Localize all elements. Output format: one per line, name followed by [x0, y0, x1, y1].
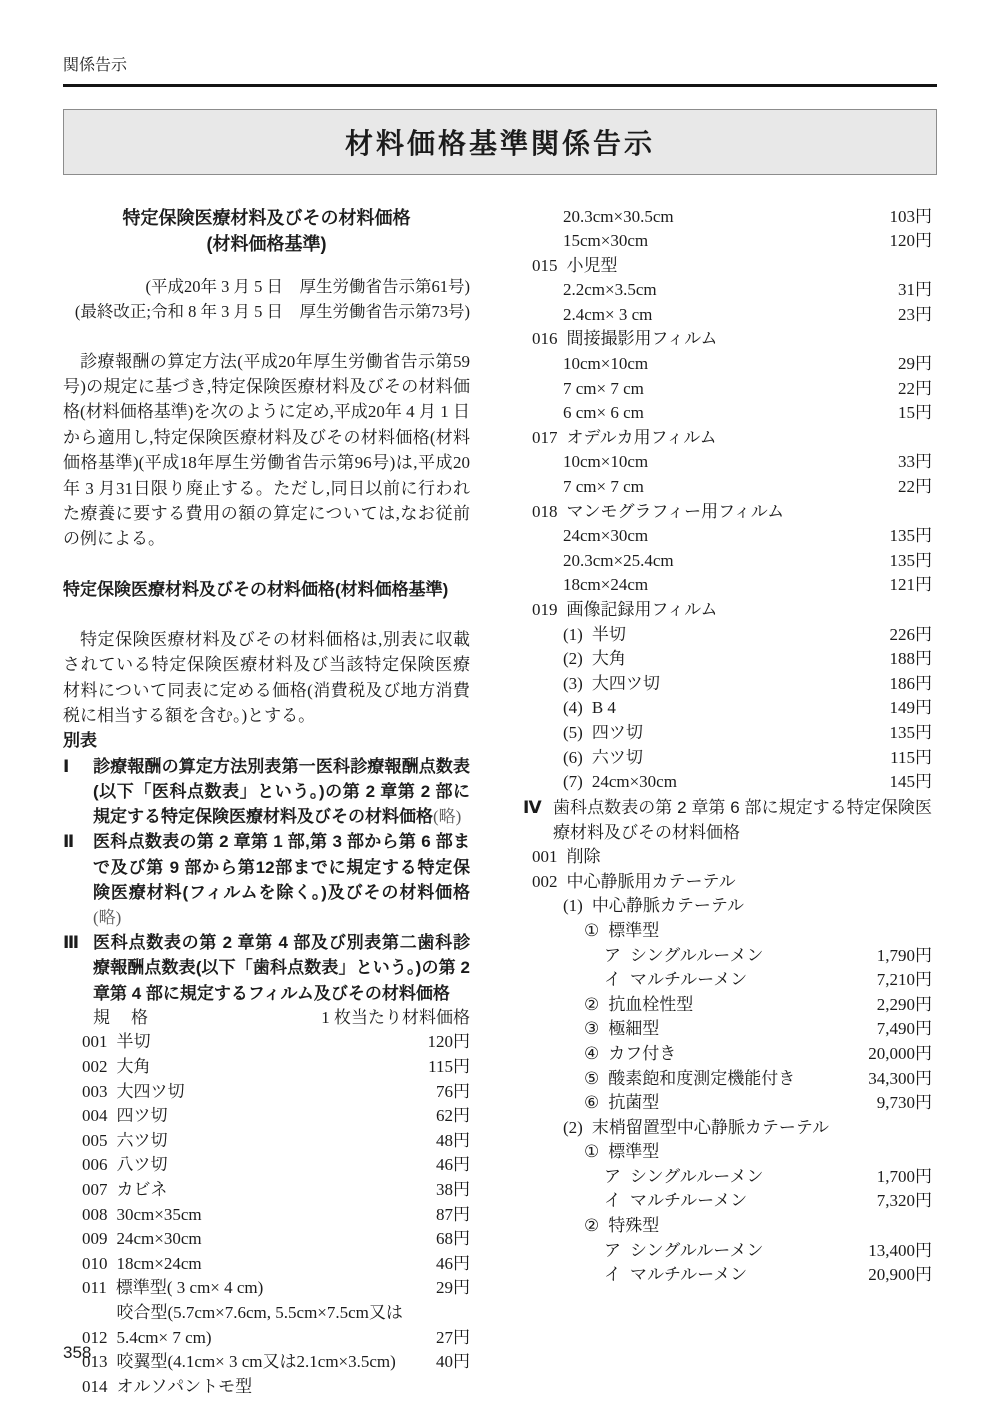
table-row: (2) 大角 188円 [532, 647, 932, 672]
film-price-table-continued: 20.3cm×30.5cm 103円 15cm×30cm 120円 015 小児… [523, 205, 932, 795]
row-number: (1) [563, 894, 583, 919]
row-price: 1,700円 [877, 1165, 932, 1190]
table-row: 10cm×10cm 29円 [532, 352, 932, 377]
row-price: 20,000円 [868, 1042, 932, 1067]
spec-column-header: 規 格 [93, 1006, 150, 1031]
section-heading: 特定保険医療材料及びその材料価格(材料価格基準) [63, 577, 470, 602]
table-row: 011 標準型( 3 cm× 4 cm) 29円 [82, 1276, 470, 1301]
table-row: 003 大四ツ切 76円 [82, 1080, 470, 1105]
row-price: 1,790円 [877, 944, 932, 969]
row-number: ② [584, 1214, 599, 1239]
table-row: 015 小児型 [532, 254, 932, 279]
row-price: 103円 [890, 205, 933, 230]
table-row: (6) 六ツ切 115円 [532, 746, 932, 771]
row-label: 小児型 [567, 254, 933, 279]
row-number: 003 [82, 1080, 108, 1105]
row-label: マルチルーメン [630, 968, 869, 993]
appendix-item: Ⅱ 医科点数表の第 2 章第 1 部,第 3 部から第 6 部まで及び第 9 部… [63, 829, 470, 930]
price-column-header: 1 枚当たり材料価格 [321, 1006, 470, 1031]
row-number: ① [584, 1140, 599, 1165]
table-row: 019 画像記録用フィルム [532, 598, 932, 623]
table-row: 017 オデルカ用フィルム [532, 426, 932, 451]
row-label: カフ付き [608, 1042, 860, 1067]
row-label: B 4 [592, 696, 882, 721]
table-row: 001 削除 [532, 845, 932, 870]
row-price: 34,300円 [868, 1067, 932, 1092]
row-label: 7 cm× 7 cm [563, 377, 890, 402]
table-row: 012 咬合型(5.7cm×7.6cm, 5.5cm×7.5cm又は5.4cm×… [82, 1301, 470, 1350]
appendix-item-text: 医科点数表の第 2 章第 4 部及び別表第二歯科診療報酬点数表(以下「歯科点数表… [93, 933, 470, 1002]
row-label: 10cm×10cm [563, 352, 890, 377]
row-number: ② [584, 993, 599, 1018]
row-label: 中心静脈用カテーテル [567, 870, 933, 895]
appendix-item-omitted-note: (略) [93, 908, 121, 927]
row-price: 40円 [436, 1350, 470, 1375]
row-number: ⑥ [584, 1091, 599, 1116]
running-head: 関係告示 [63, 56, 937, 76]
row-label: 六ツ切 [117, 1129, 429, 1154]
table-row: ③ 極細型 7,490円 [532, 1017, 932, 1042]
row-label: 24cm×30cm [592, 770, 882, 795]
row-label: 6 cm× 6 cm [563, 401, 890, 426]
row-label: 間接撮影用フィルム [567, 327, 933, 352]
row-number: 001 [532, 845, 558, 870]
row-price: 62円 [436, 1104, 470, 1129]
film-table-header: 規 格 1 枚当たり材料価格 [63, 1006, 470, 1031]
row-label: 30cm×35cm [117, 1203, 429, 1228]
table-row: 002 中心静脈用カテーテル [532, 870, 932, 895]
row-label: 標準型 [608, 919, 932, 944]
row-number: ④ [584, 1042, 599, 1067]
row-number: (4) [563, 696, 583, 721]
row-label: 八ツ切 [117, 1153, 429, 1178]
row-number: イ [604, 1189, 621, 1214]
notification-title: 特定保険医療材料及びその材料価格 (材料価格基準) [63, 205, 470, 257]
table-row: 010 18cm×24cm 46円 [82, 1252, 470, 1277]
appendix-item-text: 診療報酬の算定方法別表第一医科診療報酬点数表(以下「医科点数表」という。)の第 … [93, 757, 470, 826]
row-price: 13,400円 [868, 1239, 932, 1264]
appendix-item-numeral: Ⅰ [63, 754, 93, 830]
row-label: 18cm×24cm [117, 1252, 429, 1277]
left-column: 特定保険医療材料及びその材料価格 (材料価格基準) (平成20年 3 月 5 日… [63, 205, 470, 1400]
row-price: 22円 [898, 377, 932, 402]
appendix-item-text: 医科点数表の第 2 章第 1 部,第 3 部から第 6 部まで及び第 9 部から… [93, 832, 470, 901]
row-price: 9,730円 [877, 1091, 932, 1116]
row-price: 135円 [890, 721, 933, 746]
row-number: 004 [82, 1104, 108, 1129]
table-row: ア シングルルーメン 13,400円 [532, 1239, 932, 1264]
row-label: 半切 [117, 1030, 420, 1055]
table-row: ① 標準型 [532, 919, 932, 944]
table-row: 002 大角 115円 [82, 1055, 470, 1080]
row-label: 酸素飽和度測定機能付き [608, 1067, 860, 1092]
row-number: (5) [563, 721, 583, 746]
row-price: 115円 [890, 746, 932, 771]
promulgation-date: (平成20年 3 月 5 日 厚生労働省告示第61号) [63, 274, 470, 299]
row-price: 46円 [436, 1153, 470, 1178]
row-label: 7 cm× 7 cm [563, 475, 890, 500]
row-number: ⑤ [584, 1067, 599, 1092]
table-row: 20.3cm×30.5cm 103円 [532, 205, 932, 230]
row-label: オルソパントモ型 [117, 1375, 471, 1400]
row-price: 38円 [436, 1178, 470, 1203]
row-number: (7) [563, 770, 583, 795]
section-iv-heading: Ⅳ 歯科点数表の第 2 章第 6 部に規定する特定保険医療材料及びその材料価格 [523, 795, 932, 845]
row-number: ③ [584, 1017, 599, 1042]
row-label: 20.3cm×25.4cm [563, 549, 882, 574]
row-number: 009 [82, 1227, 108, 1252]
page-number: 358 [63, 1343, 91, 1363]
row-number: イ [604, 968, 621, 993]
row-price: 31円 [898, 278, 932, 303]
document-title-box: 材料価格基準関係告示 [63, 109, 937, 175]
row-number: 002 [82, 1055, 108, 1080]
table-row: 15cm×30cm 120円 [532, 229, 932, 254]
row-number: ① [584, 919, 599, 944]
table-row: (5) 四ツ切 135円 [532, 721, 932, 746]
row-label: 標準型( 3 cm× 4 cm) [116, 1276, 428, 1301]
row-number: 015 [532, 254, 558, 279]
right-column: 20.3cm×30.5cm 103円 15cm×30cm 120円 015 小児… [523, 205, 932, 1400]
page-content: 関係告示 材料価格基準関係告示 特定保険医療材料及びその材料価格 (材料価格基準… [63, 56, 937, 1399]
table-row: ② 抗血栓性型 2,290円 [532, 993, 932, 1018]
row-price: 29円 [436, 1276, 470, 1301]
table-row: 009 24cm×30cm 68円 [82, 1227, 470, 1252]
table-row: 006 八ツ切 46円 [82, 1153, 470, 1178]
row-label: 抗菌型 [608, 1091, 869, 1116]
row-number: 006 [82, 1153, 108, 1178]
row-label: 抗血栓性型 [608, 993, 869, 1018]
appendix-item: Ⅲ 医科点数表の第 2 章第 4 部及び別表第二歯科診療報酬点数表(以下「歯科点… [63, 930, 470, 1006]
row-number: イ [604, 1263, 621, 1288]
row-price: 2,290円 [877, 993, 932, 1018]
notification-title-line2: (材料価格基準) [63, 231, 470, 257]
table-row: (3) 大四ツ切 186円 [532, 672, 932, 697]
row-label: 四ツ切 [592, 721, 882, 746]
table-row: 008 30cm×35cm 87円 [82, 1203, 470, 1228]
table-row: (1) 半切 226円 [532, 623, 932, 648]
film-price-table: 001 半切 120円 002 大角 115円 003 大四ツ切 76円 004… [63, 1030, 470, 1399]
table-row: 7 cm× 7 cm 22円 [532, 475, 932, 500]
row-number: 018 [532, 500, 558, 525]
row-price: 121円 [890, 573, 933, 598]
row-price: 29円 [898, 352, 932, 377]
table-row: イ マルチルーメン 20,900円 [532, 1263, 932, 1288]
row-label: 六ツ切 [592, 746, 882, 771]
row-price: 120円 [890, 229, 933, 254]
row-price: 7,490円 [877, 1017, 932, 1042]
row-label: 10cm×10cm [563, 450, 890, 475]
table-row: ⑥ 抗菌型 9,730円 [532, 1091, 932, 1116]
row-number: 017 [532, 426, 558, 451]
row-label: 24cm×30cm [563, 524, 882, 549]
row-number: 019 [532, 598, 558, 623]
row-number: 011 [82, 1276, 107, 1301]
row-price: 7,320円 [877, 1189, 932, 1214]
row-label: シングルルーメン [630, 1165, 869, 1190]
row-price: 22円 [898, 475, 932, 500]
row-label: 大角 [117, 1055, 421, 1080]
running-head-label: 関係告示 [63, 57, 127, 74]
row-price: 120円 [428, 1030, 471, 1055]
table-row: イ マルチルーメン 7,320円 [532, 1189, 932, 1214]
table-row: 2.4cm× 3 cm 23円 [532, 303, 932, 328]
table-row: (2) 末梢留置型中心静脈カテーテル [532, 1116, 932, 1141]
table-row: 24cm×30cm 135円 [532, 524, 932, 549]
row-price: 135円 [890, 549, 933, 574]
row-label: 極細型 [608, 1017, 869, 1042]
row-label: マンモグラフィー用フィルム [567, 500, 933, 525]
row-number: (1) [563, 623, 583, 648]
row-price: 76円 [436, 1080, 470, 1105]
table-row: 005 六ツ切 48円 [82, 1129, 470, 1154]
row-label: 20.3cm×30.5cm [563, 205, 882, 230]
row-number: (2) [563, 647, 583, 672]
appendix-item: Ⅰ 診療報酬の算定方法別表第一医科診療報酬点数表(以下「医科点数表」という。)の… [63, 754, 470, 830]
row-label: マルチルーメン [630, 1263, 860, 1288]
table-row: ア シングルルーメン 1,700円 [532, 1165, 932, 1190]
row-label: 24cm×30cm [117, 1227, 429, 1252]
row-label: 画像記録用フィルム [567, 598, 933, 623]
row-price: 186円 [890, 672, 933, 697]
pricing-paragraph: 特定保険医療材料及びその材料価格は,別表に収載されている特定保険医療材料及び当該… [63, 627, 470, 729]
row-label: 特殊型 [608, 1214, 932, 1239]
row-number: (2) [563, 1116, 583, 1141]
row-number: 014 [82, 1375, 108, 1400]
row-label: 15cm×30cm [563, 229, 882, 254]
row-number: ア [604, 1165, 621, 1190]
two-column-body: 特定保険医療材料及びその材料価格 (材料価格基準) (平成20年 3 月 5 日… [63, 205, 937, 1400]
row-number: 008 [82, 1203, 108, 1228]
appendix-item-numeral: Ⅱ [63, 829, 93, 930]
table-row: 016 間接撮影用フィルム [532, 327, 932, 352]
table-row: (7) 24cm×30cm 145円 [532, 770, 932, 795]
row-price: 226円 [890, 623, 933, 648]
row-label: シングルルーメン [630, 1239, 860, 1264]
row-price: 20,900円 [868, 1263, 932, 1288]
row-price: 145円 [890, 770, 933, 795]
section-iv-numeral: Ⅳ [523, 795, 553, 845]
table-row: 7 cm× 7 cm 22円 [532, 377, 932, 402]
row-price: 68円 [436, 1227, 470, 1252]
row-number: 002 [532, 870, 558, 895]
table-row: ア シングルルーメン 1,790円 [532, 944, 932, 969]
notification-title-line1: 特定保険医療材料及びその材料価格 [63, 205, 470, 231]
row-number: ア [604, 1239, 621, 1264]
table-row: ④ カフ付き 20,000円 [532, 1042, 932, 1067]
row-price: 48円 [436, 1129, 470, 1154]
row-price: 7,210円 [877, 968, 932, 993]
row-price: 46円 [436, 1252, 470, 1277]
row-label: 標準型 [608, 1140, 932, 1165]
header-rule [63, 84, 937, 87]
table-row: 004 四ツ切 62円 [82, 1104, 470, 1129]
row-number: 010 [82, 1252, 108, 1277]
appendix-item-omitted-note: (略) [433, 807, 461, 826]
table-row: 007 カビネ 38円 [82, 1178, 470, 1203]
row-number: (6) [563, 746, 583, 771]
table-row: 014 オルソパントモ型 [82, 1375, 470, 1400]
row-label: 大四ツ切 [592, 672, 882, 697]
row-number: (3) [563, 672, 583, 697]
preamble-paragraph: 診療報酬の算定方法(平成20年厚生労働省告示第59号)の規定に基づき,特定保険医… [63, 349, 470, 552]
table-row: 001 半切 120円 [82, 1030, 470, 1055]
row-label: 末梢留置型中心静脈カテーテル [592, 1116, 932, 1141]
table-row: 2.2cm×3.5cm 31円 [532, 278, 932, 303]
row-number: 007 [82, 1178, 108, 1203]
table-row: ① 標準型 [532, 1140, 932, 1165]
row-label: 咬翼型(4.1cm× 3 cm又は2.1cm×3.5cm) [117, 1350, 429, 1375]
appendix-item-numeral: Ⅲ [63, 930, 93, 1006]
section-iv-text: 歯科点数表の第 2 章第 6 部に規定する特定保険医療材料及びその材料価格 [553, 795, 932, 845]
row-label: 削除 [567, 845, 933, 870]
row-label: 半切 [592, 623, 882, 648]
table-row: 013 咬翼型(4.1cm× 3 cm又は2.1cm×3.5cm) 40円 [82, 1350, 470, 1375]
row-price: 27円 [436, 1326, 470, 1351]
row-label: 咬合型(5.7cm×7.6cm, 5.5cm×7.5cm又は5.4cm× 7 c… [117, 1301, 429, 1350]
row-price: 87円 [436, 1203, 470, 1228]
row-label: 2.4cm× 3 cm [563, 303, 890, 328]
row-price: 23円 [898, 303, 932, 328]
row-number: 005 [82, 1129, 108, 1154]
table-row: 6 cm× 6 cm 15円 [532, 401, 932, 426]
row-price: 33円 [898, 450, 932, 475]
dental-material-price-table: 001 削除 002 中心静脈用カテーテル (1) 中心静脈カテーテル ① 標準… [523, 845, 932, 1288]
row-price: 115円 [428, 1055, 470, 1080]
table-row: ② 特殊型 [532, 1214, 932, 1239]
row-label: オデルカ用フィルム [567, 426, 933, 451]
document-title: 材料価格基準関係告示 [345, 122, 655, 162]
table-row: 018 マンモグラフィー用フィルム [532, 500, 932, 525]
row-label: マルチルーメン [630, 1189, 869, 1214]
table-row: (1) 中心静脈カテーテル [532, 894, 932, 919]
last-amendment-date: (最終改正;令和 8 年 3 月 5 日 厚生労働省告示第73号) [63, 299, 470, 324]
row-label: 大角 [592, 647, 882, 672]
row-price: 149円 [890, 696, 933, 721]
table-row: 18cm×24cm 121円 [532, 573, 932, 598]
row-number: ア [604, 944, 621, 969]
appendix-item-list: Ⅰ 診療報酬の算定方法別表第一医科診療報酬点数表(以下「医科点数表」という。)の… [63, 754, 470, 1006]
row-number: 001 [82, 1030, 108, 1055]
table-row: 20.3cm×25.4cm 135円 [532, 549, 932, 574]
appendix-label: 別表 [63, 728, 470, 753]
row-label: 四ツ切 [117, 1104, 429, 1129]
table-row: (4) B 4 149円 [532, 696, 932, 721]
row-label: 大四ツ切 [117, 1080, 429, 1105]
row-label: カビネ [117, 1178, 429, 1203]
table-row: 10cm×10cm 33円 [532, 450, 932, 475]
table-row: イ マルチルーメン 7,210円 [532, 968, 932, 993]
row-label: 2.2cm×3.5cm [563, 278, 890, 303]
row-label: シングルルーメン [630, 944, 869, 969]
promulgation-dates: (平成20年 3 月 5 日 厚生労働省告示第61号) (最終改正;令和 8 年… [63, 274, 470, 324]
row-price: 135円 [890, 524, 933, 549]
table-row: ⑤ 酸素飽和度測定機能付き 34,300円 [532, 1067, 932, 1092]
row-label: 中心静脈カテーテル [592, 894, 932, 919]
row-price: 15円 [898, 401, 932, 426]
row-price: 188円 [890, 647, 933, 672]
row-label: 18cm×24cm [563, 573, 882, 598]
row-number: 016 [532, 327, 558, 352]
